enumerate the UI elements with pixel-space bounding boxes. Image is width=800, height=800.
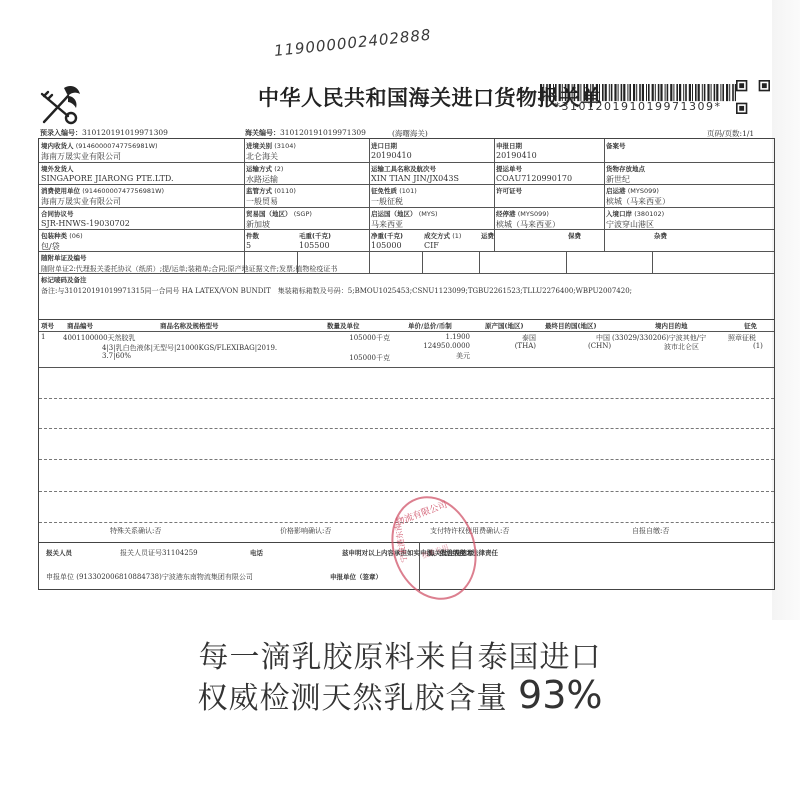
entry-office-label: 进境关别 (3104)	[246, 141, 296, 150]
col-origin: 原产国(地区)	[485, 321, 523, 330]
docs-label: 随附单证及编号	[41, 253, 87, 262]
contract-value: SJR-HNWS-19030702	[41, 219, 130, 228]
page-label: 页码/页数:	[707, 129, 742, 138]
consignee-value: 海南万晟实业有限公司	[41, 151, 121, 162]
pre-entry-label: 预录入编号：	[40, 129, 82, 137]
bl-label: 提运单号	[496, 164, 522, 173]
consignor-value: SINGAPORE JIARONG PTE.LTD.	[41, 174, 174, 183]
item-unit-price: 1.1900	[400, 333, 470, 341]
transport-mode-value: 水路运输	[246, 174, 278, 185]
trade-country-label: 贸易国（地区） (SGP)	[246, 209, 312, 218]
origin-country-label: 启运国（地区） (MYS)	[371, 209, 438, 218]
misc-fee-label: 杂费	[654, 231, 667, 240]
docs-value: 随附单证2:代理报关委托协议（纸质）;提/运单;装箱单;合同;原产地证据文件;发…	[41, 264, 337, 274]
item-qty1: 105000千克	[310, 333, 390, 343]
insurance-label: 保费	[568, 231, 581, 240]
bl-value: COAU7120990170	[496, 174, 572, 183]
import-date-value: 20190410	[371, 151, 412, 160]
col-price: 单价/总价/币制	[408, 321, 452, 330]
transit-port-value: 槟城（马来西亚）	[496, 219, 560, 230]
col-tax: 征免	[744, 321, 757, 330]
item-hs-code: 4001100000天然胶乳	[63, 333, 136, 343]
import-date-label: 进口日期	[371, 141, 397, 150]
pre-entry-value: 310120191019971309	[82, 128, 168, 137]
entry-port-value: 宁波穿山港区	[606, 219, 654, 230]
col-hs-code: 商品编号	[67, 321, 93, 330]
record-no-label: 备案号	[606, 141, 626, 150]
declare-date-value: 20190410	[496, 151, 537, 160]
license-label: 许可证号	[496, 186, 522, 195]
item-tax-code: (1)	[753, 342, 763, 350]
tax-nature-label: 征免性质 (101)	[371, 186, 417, 195]
item-qty2: 105000千克	[310, 353, 390, 363]
transport-mode-label: 运输方式 (2)	[246, 164, 283, 173]
pre-entry-number: 预录入编号：310120191019971309	[40, 128, 168, 138]
declaring-unit: 申报单位 (91330200681088473​8)宁波港东南物流集团有限公司	[46, 572, 253, 582]
col-item-no: 项号	[41, 321, 54, 330]
gross-weight-value: 105500	[299, 241, 330, 250]
item-origin-code: (THA)	[470, 342, 536, 350]
item-spec-line2: 3.7|60%	[102, 352, 131, 360]
departure-port-value: 槟城（马来西亚）	[606, 196, 670, 207]
item-total-price: 124950.0000	[400, 342, 470, 350]
slogan-line-2-text: 权威检测天然乳胶含量	[197, 681, 507, 716]
net-weight-label: 净重(千克)	[371, 231, 403, 240]
item-domestic-dest2: 波市北仑区	[664, 342, 699, 352]
col-name-spec: 商品名称及规格型号	[160, 321, 219, 330]
consignor-label: 境外发货人	[41, 164, 74, 173]
item-no: 1	[41, 333, 45, 341]
consignee-label: 境内收货人 (91460000747756981W)	[41, 141, 158, 150]
page-value: 1/1	[742, 129, 754, 138]
origin-country-value: 马来西亚	[371, 219, 403, 230]
consumer-value: 海南万晟实业有限公司	[41, 196, 121, 207]
supervision-label: 监管方式 (0110)	[246, 186, 296, 195]
deal-mode-label: 成交方式 (1)	[424, 231, 461, 240]
customs-emblem-icon	[38, 82, 82, 126]
package-label: 包装种类 (06)	[41, 231, 83, 240]
consumer-label: 消费使用单位 (91460000747756981W)	[41, 186, 164, 195]
pieces-value: 5	[246, 241, 251, 250]
entry-port-label: 入境口岸 (380102)	[606, 209, 664, 218]
self-report-confirm: 自报自缴:否	[632, 526, 669, 536]
qr-code-icon	[736, 80, 770, 114]
departure-port-label: 启运港 (MYS099)	[606, 186, 659, 195]
vessel-value: XIN TIAN JIN/JX043S	[371, 174, 459, 183]
storage-value: 新世纪	[606, 174, 630, 185]
col-final-dest: 最终目的国(地区)	[545, 321, 596, 330]
storage-label: 货物存放地点	[606, 164, 645, 173]
item-tax: 照章征税	[728, 333, 756, 343]
barcode-number: *310120191019971309*	[540, 100, 736, 113]
remarks-value: 备注:与310120191019971315同一合同号 HA LATEX/VON…	[41, 286, 632, 296]
page-edge-shade	[772, 0, 800, 620]
price-influence-confirm: 价格影响确认:否	[280, 526, 331, 536]
customs-no-value: 310120191019971309	[280, 128, 366, 137]
pieces-label: 件数	[246, 231, 259, 240]
slogan-line-1: 每一滴乳胶原料来自泰国进口	[0, 632, 800, 676]
customs-no-label: 海关编号：	[245, 129, 280, 137]
declaring-unit-sign: 申报单位（签章）	[330, 572, 382, 581]
item-dest-code: (CHN)	[588, 342, 611, 350]
net-weight-value: 105000	[371, 241, 402, 250]
transit-port-label: 经停港 (MYS099)	[496, 209, 549, 218]
declarant-label: 报关人员	[46, 548, 72, 557]
trade-country-value: 新加坡	[246, 219, 270, 230]
freight-label: 运费	[481, 231, 494, 240]
phone-label: 电话	[250, 548, 263, 557]
declarant-cert: 报关人员证号31104259	[120, 548, 198, 558]
item-currency: 美元	[400, 351, 470, 361]
declare-date-label: 申报日期	[496, 141, 522, 150]
svg-text:报关专用: 报关专用	[421, 542, 450, 560]
package-value: 包/袋	[41, 241, 60, 252]
contract-label: 合同协议号	[41, 209, 74, 218]
supervision-value: 一般贸易	[246, 196, 278, 207]
remarks-label: 标记唛码及备注	[41, 275, 87, 284]
company-seal-stamp: 物流有限公司 宁波港东南 报关专用	[378, 492, 490, 604]
col-domestic-dest: 境内目的地	[655, 321, 688, 330]
customs-number: 海关编号：310120191019971309	[245, 128, 366, 138]
col-quantity: 数量及单位	[327, 321, 360, 330]
tax-nature-value: 一般征税	[371, 196, 403, 207]
slogan-percentage: 93%	[518, 673, 602, 717]
deal-mode-value: CIF	[424, 241, 439, 250]
entry-office-value: 北仑海关	[246, 151, 278, 162]
gross-weight-label: 毛重(千克)	[299, 231, 331, 240]
special-relation-confirm: 特殊关系确认:否	[110, 526, 161, 536]
slogan-line-2: 权威检测天然乳胶含量 93%	[0, 673, 800, 717]
vessel-label: 运输工具名称及航次号	[371, 164, 436, 173]
